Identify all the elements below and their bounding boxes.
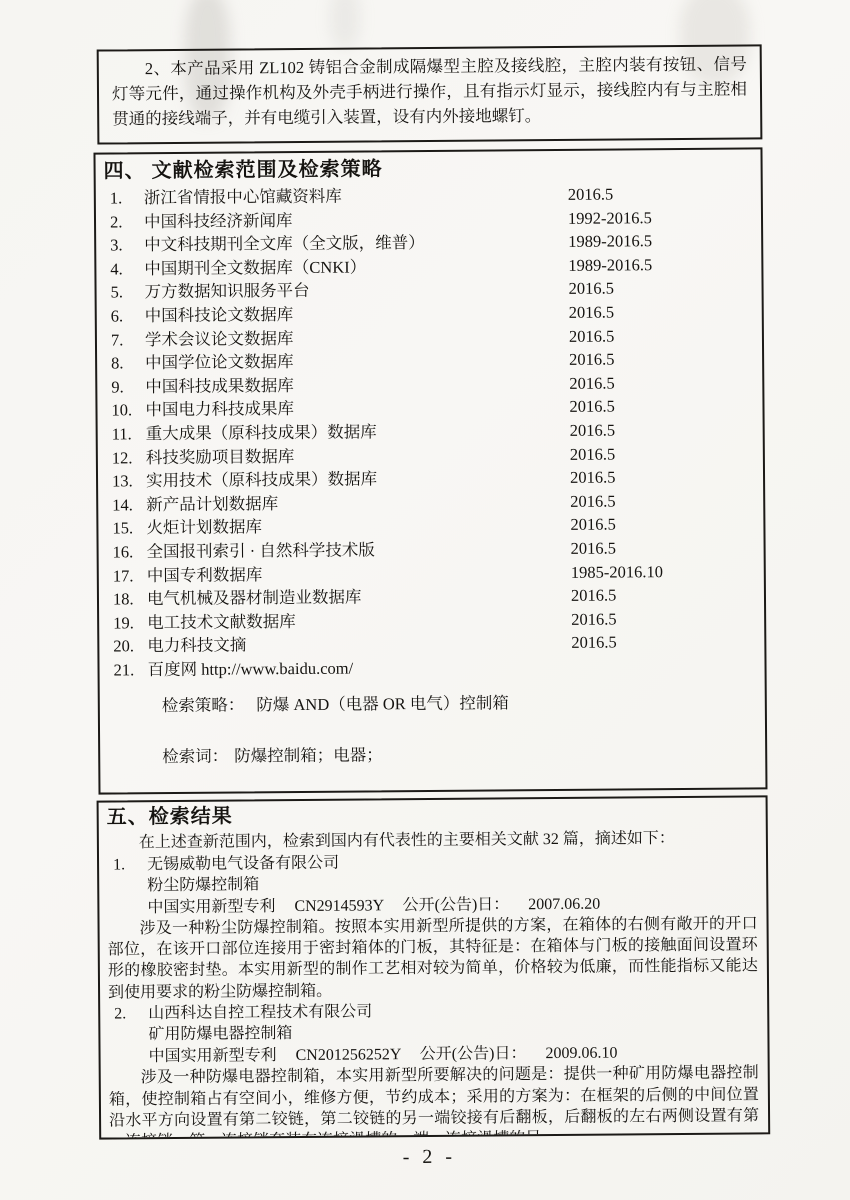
database-coverage-range: 2016.5 bbox=[568, 277, 614, 301]
result-company: 无锡威勒电气设备有限公司 bbox=[147, 854, 339, 873]
database-name: 万方数据知识服务平台 bbox=[144, 281, 309, 301]
section4-box: 四、 文献检索范围及检索策略 1.浙江省情报中心馆藏资料库 2016.5 2.中… bbox=[93, 147, 767, 794]
database-number: 18. bbox=[113, 587, 147, 611]
database-name: 科技奖励项目数据库 bbox=[146, 447, 295, 467]
database-name: 中国期刊全文数据库（CNKI） bbox=[144, 257, 366, 278]
database-number: 11. bbox=[112, 422, 146, 446]
database-coverage-range: 2016.5 bbox=[569, 395, 615, 419]
database-coverage-range: 2016.5 bbox=[570, 442, 616, 466]
terms-value: 防爆控制箱；电器； bbox=[234, 746, 383, 766]
database-number: 9. bbox=[111, 375, 145, 399]
publication-date: 2007.06.20 bbox=[528, 895, 600, 913]
database-name: 中国学位论文数据库 bbox=[145, 352, 294, 372]
database-number: 2. bbox=[110, 210, 144, 234]
database-coverage-range: 2016.5 bbox=[569, 300, 615, 324]
publication-date: 2009.06.10 bbox=[545, 1044, 617, 1062]
patent-type: 中国实用新型专利 bbox=[149, 1047, 277, 1065]
database-number: 12. bbox=[112, 446, 146, 470]
database-coverage-range: 2016.5 bbox=[570, 418, 616, 442]
database-name: 中国科技论文数据库 bbox=[145, 305, 294, 325]
database-name: 中国科技成果数据库 bbox=[145, 376, 294, 396]
database-number: 7. bbox=[111, 328, 145, 352]
database-coverage-range: 1992-2016.5 bbox=[568, 206, 652, 230]
terms-label: 检索词： bbox=[162, 747, 228, 767]
result-abstract: 涉及一种粉尘防爆控制箱。按照本实用新型所提供的方案，在箱体的右侧有敞开的开口部位… bbox=[107, 913, 758, 1003]
database-coverage-range: 2016.5 bbox=[569, 348, 615, 372]
database-coverage-range: 2016.5 bbox=[570, 489, 616, 513]
database-coverage-range: 1989-2016.5 bbox=[568, 253, 652, 277]
database-name: 中国专利数据库 bbox=[147, 565, 263, 585]
section5-box: 五、检索结果 在上述查新范围内，检索到国内有代表性的主要相关文献 32 篇，摘述… bbox=[97, 795, 771, 1139]
database-name: 学术会议论文数据库 bbox=[145, 329, 294, 349]
database-name: 电工技术文献数据库 bbox=[147, 612, 296, 632]
database-name: 实用技术（原科技成果）数据库 bbox=[146, 469, 377, 490]
database-name: 火炬计划数据库 bbox=[146, 518, 262, 538]
database-coverage-range: 2016.5 bbox=[569, 371, 615, 395]
publication-label: 公开(公告)日： bbox=[403, 896, 510, 914]
database-number: 3. bbox=[110, 233, 144, 257]
database-number: 21. bbox=[113, 658, 147, 682]
database-name: 浙江省情报中心馆藏资料库 bbox=[144, 187, 342, 208]
database-number: 20. bbox=[113, 634, 147, 658]
database-number: 6. bbox=[111, 304, 145, 328]
database-name: 电力科技文摘 bbox=[147, 636, 246, 656]
patent-type: 中国实用新型专利 bbox=[147, 898, 275, 916]
result-number: 1. bbox=[113, 854, 147, 876]
strategy-value: 防爆 AND（电器 OR 电气）控制箱 bbox=[256, 694, 509, 715]
database-coverage-range: 2016.5 bbox=[571, 607, 617, 631]
database-number: 19. bbox=[113, 611, 147, 635]
database-name: 中国科技经济新闻库 bbox=[144, 211, 293, 231]
database-number: 5. bbox=[110, 281, 144, 305]
patent-number: CN201256252Y bbox=[296, 1046, 401, 1064]
database-number: 10. bbox=[111, 399, 145, 423]
database-coverage-range: 2016.5 bbox=[568, 183, 614, 207]
database-number: 17. bbox=[113, 564, 147, 588]
database-name: 新产品计划数据库 bbox=[146, 494, 278, 514]
product-note-text: 2、本产品采用 ZL102 铸铝合金制成隔爆型主腔及接线腔，主腔内装有按钮、信号… bbox=[112, 51, 748, 131]
result-item: 2.山西科达自控工程技术有限公司 矿用防爆电器控制箱 中国实用新型专利 CN20… bbox=[108, 998, 759, 1139]
database-name: 重大成果（原科技成果）数据库 bbox=[146, 422, 377, 443]
database-number: 16. bbox=[113, 540, 147, 564]
database-name: 中文科技期刊全文库（全文版，维普） bbox=[144, 233, 425, 254]
database-coverage-range: 2016.5 bbox=[569, 324, 615, 348]
database-number: 4. bbox=[110, 257, 144, 281]
product-note-box: 2、本产品采用 ZL102 铸铝合金制成隔爆型主腔及接线腔，主腔内装有按钮、信号… bbox=[97, 44, 763, 144]
database-coverage-range: 2016.5 bbox=[571, 584, 617, 608]
database-coverage-range: 1985-2016.10 bbox=[571, 560, 663, 584]
database-number: 8. bbox=[111, 351, 145, 375]
document-content: 2、本产品采用 ZL102 铸铝合金制成隔爆型主腔及接线腔，主腔内装有按钮、信号… bbox=[0, 0, 850, 1200]
database-coverage-range: 2016.5 bbox=[571, 536, 617, 560]
result-number: 2. bbox=[114, 1003, 148, 1025]
strategy-label: 检索策略： bbox=[162, 696, 245, 716]
database-name: 中国电力科技成果库 bbox=[145, 399, 294, 419]
page-number: - 2 - bbox=[4, 1143, 850, 1173]
results-list: 1.无锡威勒电气设备有限公司 粉尘防爆控制箱 中国实用新型专利 CN291459… bbox=[107, 849, 759, 1140]
database-number: 14. bbox=[112, 493, 146, 517]
database-coverage-range: 2016.5 bbox=[570, 466, 616, 490]
database-coverage-range: 1989-2016.5 bbox=[568, 229, 652, 253]
result-abstract: 涉及一种防爆电器控制箱，本实用新型所要解决的问题是：提供一种矿用防爆电器控制箱，… bbox=[109, 1063, 760, 1140]
database-name: 百度网 http://www.baidu.com/ bbox=[147, 658, 353, 679]
result-company: 山西科达自控工程技术有限公司 bbox=[148, 1003, 372, 1022]
database-number: 13. bbox=[112, 469, 146, 493]
result-item: 1.无锡威勒电气设备有限公司 粉尘防爆控制箱 中国实用新型专利 CN291459… bbox=[107, 849, 758, 1003]
publication-label: 公开(公告)日： bbox=[420, 1045, 527, 1063]
database-name: 全国报刊索引 · 自然科学技术版 bbox=[147, 540, 375, 561]
database-coverage-range: 2016.5 bbox=[570, 513, 616, 537]
scanned-document-page: 2、本产品采用 ZL102 铸铝合金制成隔爆型主腔及接线腔，主腔内装有按钮、信号… bbox=[0, 0, 850, 1200]
database-name: 电气机械及器材制造业数据库 bbox=[147, 588, 362, 609]
database-list: 1.浙江省情报中心馆藏资料库 2016.5 2.中国科技经济新闻库 1992-2… bbox=[104, 181, 755, 682]
search-terms-line: 检索词：防爆控制箱；电器； bbox=[108, 741, 755, 770]
patent-number: CN2914593Y bbox=[294, 897, 383, 915]
database-number: 15. bbox=[112, 516, 146, 540]
database-coverage-range: 2016.5 bbox=[571, 631, 617, 655]
database-row: 21.百度网 http://www.baidu.com/ bbox=[107, 653, 754, 682]
database-number: 1. bbox=[110, 186, 144, 210]
search-strategy-line: 检索策略：防爆 AND（电器 OR 电气）控制箱 bbox=[108, 690, 755, 719]
